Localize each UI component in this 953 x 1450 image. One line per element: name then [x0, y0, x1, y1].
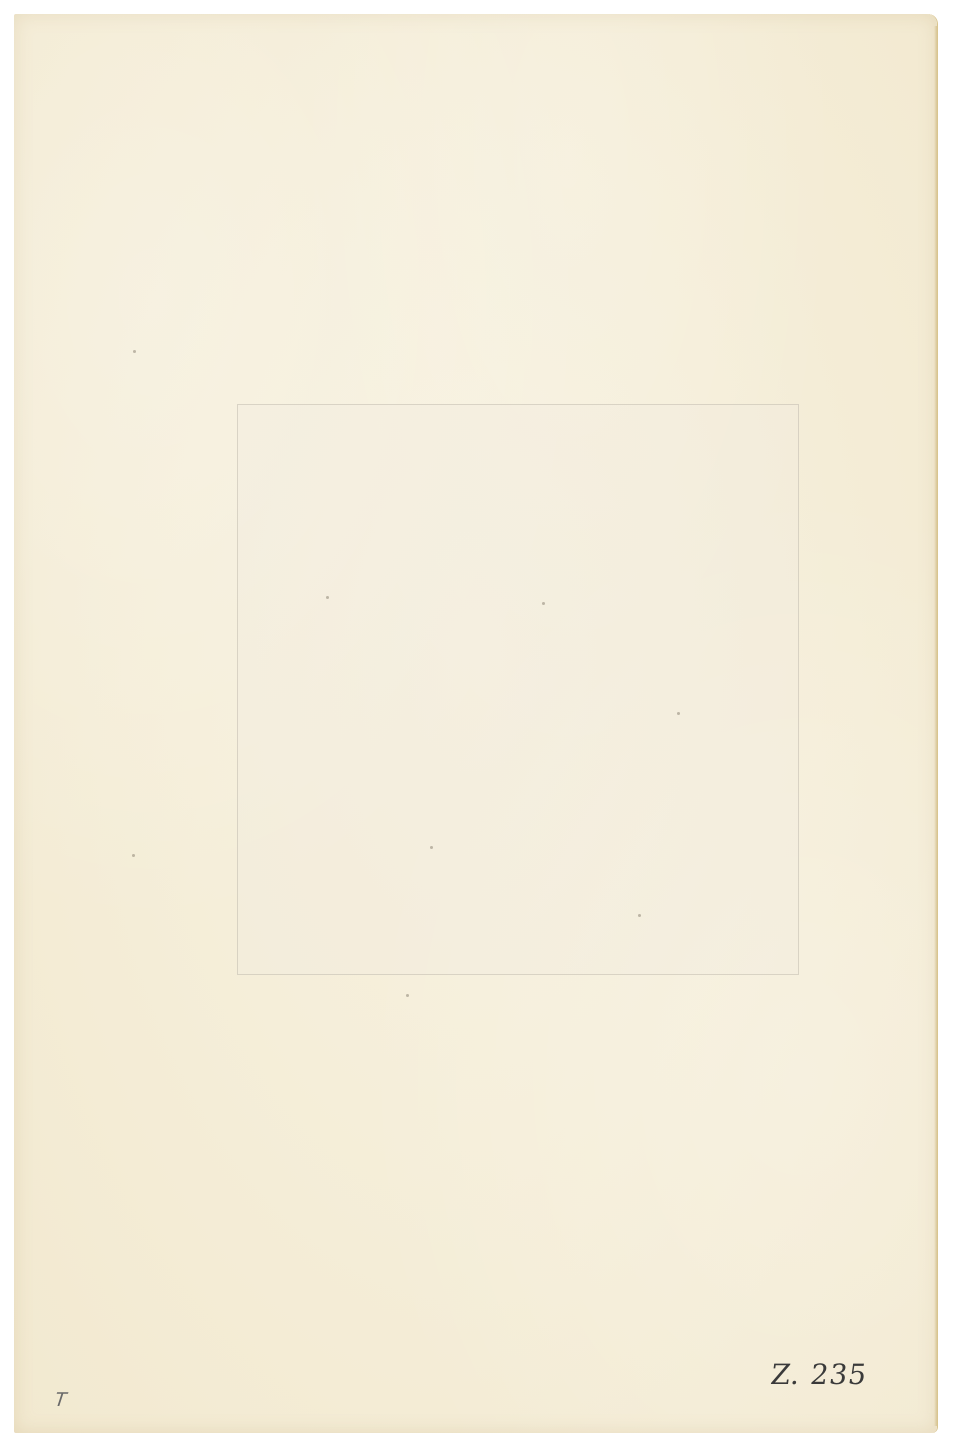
foxing-speck — [542, 602, 545, 605]
paper-sheet: T Z. 235 — [14, 14, 937, 1433]
foxing-speck — [326, 596, 329, 599]
foxing-speck — [133, 350, 136, 353]
foxing-speck — [638, 914, 641, 917]
foxing-speck — [677, 712, 680, 715]
inventory-number-annotation: Z. 235 — [769, 1358, 870, 1391]
foxing-speck — [406, 994, 409, 997]
plate-mark-show-through — [237, 404, 799, 975]
foxing-speck — [430, 846, 433, 849]
foxing-speck — [132, 854, 135, 857]
sheet-edge — [934, 26, 937, 1426]
corner-mark-annotation: T — [50, 1389, 71, 1412]
